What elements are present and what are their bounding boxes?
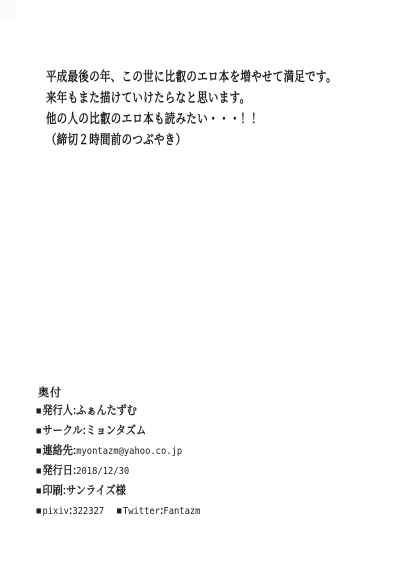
afterword-line: 来年もまた描けていけたらなと思います。	[46, 87, 337, 108]
bullet-square-icon: ■	[36, 405, 42, 417]
colophon-row-publisher: ■発行人:ふぁんたずむ	[36, 401, 200, 421]
afterword-line: 平成最後の年、この世に比叡のエロ本を増やせて満足です。	[46, 66, 337, 87]
bullet-square-icon: ■	[36, 465, 42, 477]
afterword-line: （締切２時間前のつぶやき）	[46, 129, 337, 150]
scanned-colophon-page: 平成最後の年、この世に比叡のエロ本を増やせて満足です。 来年もまた描けていけたら…	[0, 0, 400, 566]
colophon-heading: 奥付	[38, 384, 62, 400]
social-label-twitter: Twitter	[123, 506, 160, 517]
social-twitter: ■Twitter:Fantazm	[116, 505, 200, 517]
colophon-label: 発行日	[42, 465, 72, 477]
colophon-label: 連絡先	[42, 445, 72, 457]
colophon-row-publish-date: ■発行日:2018/12/30	[36, 461, 200, 481]
social-value-twitter-handle: Fantazm	[163, 506, 200, 517]
colophon-value: ミョンタズム	[86, 425, 146, 437]
colophon-label: 印刷	[42, 485, 62, 497]
afterword-line: 他の人の比叡のエロ本も読みたい・・・！！	[46, 108, 337, 129]
afterword-paragraph: 平成最後の年、この世に比叡のエロ本を増やせて満足です。 来年もまた描けていけたら…	[46, 66, 337, 150]
bullet-square-icon: ■	[116, 505, 122, 517]
colophon-row-printer: ■印刷:サンライズ様	[36, 481, 200, 501]
bullet-square-icon: ■	[36, 485, 42, 497]
colophon-label: 発行人	[42, 405, 72, 417]
scan-artifact	[0, 0, 16, 20]
social-pixiv: ■pixiv:322327	[36, 505, 104, 517]
colophon-value: サンライズ様	[66, 485, 126, 497]
bullet-square-icon: ■	[36, 445, 42, 457]
social-value-pixiv-id: 322327	[72, 506, 104, 517]
bullet-square-icon: ■	[36, 425, 42, 437]
colophon-value-date: 2018/12/30	[76, 466, 129, 477]
colophon-social-row: ■pixiv:322327■Twitter:Fantazm	[36, 501, 200, 521]
colophon-value: ふぁんたずむ	[76, 405, 137, 417]
colophon-value-email: myontazm@yahoo.co.jp	[76, 446, 182, 457]
colophon-label: サークル	[42, 425, 82, 437]
colophon-row-circle: ■サークル:ミョンタズム	[36, 421, 200, 441]
social-label-pixiv: pixiv	[42, 506, 68, 517]
colophon-items: ■発行人:ふぁんたずむ ■サークル:ミョンタズム ■連絡先:myontazm@y…	[36, 401, 200, 521]
bullet-square-icon: ■	[36, 505, 42, 517]
colophon-row-contact: ■連絡先:myontazm@yahoo.co.jp	[36, 441, 200, 461]
